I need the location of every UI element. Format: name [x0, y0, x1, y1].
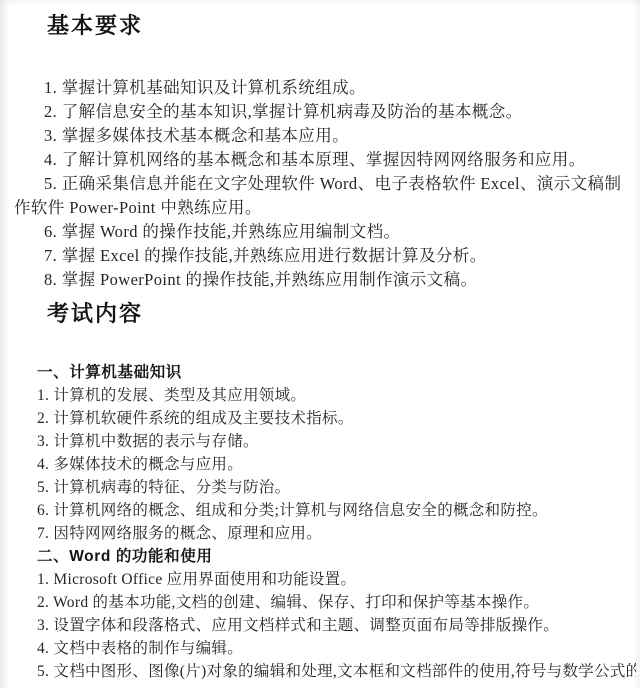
requirement-item-5: 5. 正确采集信息并能在文字处理软件 Word、电子表格软件 Excel、演示文…: [14, 172, 630, 220]
exam-section-1-item-4: 4. 多媒体技术的概念与应用。: [37, 453, 636, 476]
exam-section-2-title: 二、Word 的功能和使用: [37, 545, 636, 568]
exam-section-2-item-1: 1. Microsoft Office 应用界面使用和功能设置。: [37, 568, 636, 591]
exam-section-2-item-4: 4. 文档中表格的制作与编辑。: [37, 637, 636, 660]
page-left-edge-shadow: [0, 0, 10, 688]
exam-section-2-item-2: 2. Word 的基本功能,文档的创建、编辑、保存、打印和保护等基本操作。: [37, 591, 636, 614]
exam-section-1-title: 一、计算机基础知识: [37, 361, 636, 384]
requirement-item-6: 6. 掌握 Word 的操作技能,并熟练应用编制文档。: [14, 220, 630, 244]
exam-section-1-item-7: 7. 因特网网络服务的概念、原理和应用。: [37, 522, 636, 545]
scanned-document-page: { "document": { "heading_basic": "基本要求",…: [0, 0, 640, 688]
requirement-item-1: 1. 掌握计算机基础知识及计算机系统组成。: [14, 76, 630, 100]
requirement-item-7: 7. 掌握 Excel 的操作技能,并熟练应用进行数据计算及分析。: [14, 244, 630, 268]
heading-exam-content: 考试内容: [47, 301, 640, 327]
basic-requirements-list: 1. 掌握计算机基础知识及计算机系统组成。 2. 了解信息安全的基本知识,掌握计…: [14, 76, 630, 292]
requirement-item-3: 3. 掌握多媒体技术基本概念和基本应用。: [14, 124, 630, 148]
exam-section-2-item-5: 5. 文档中图形、图像(片)对象的编辑和处理,文本框和文档部件的使用,符号与数学…: [37, 660, 636, 683]
exam-section-1-item-6: 6. 计算机网络的概念、组成和分类;计算机与网络信息安全的概念和防控。: [37, 499, 636, 522]
requirement-item-8: 8. 掌握 PowerPoint 的操作技能,并熟练应用制作演示文稿。: [14, 268, 630, 292]
exam-section-1-item-1: 1. 计算机的发展、类型及其应用领域。: [37, 384, 636, 407]
exam-section-1-item-3: 3. 计算机中数据的表示与存储。: [37, 430, 636, 453]
exam-section-1-item-2: 2. 计算机软硬件系统的组成及主要技术指标。: [37, 407, 636, 430]
exam-section-1-item-5: 5. 计算机病毒的特征、分类与防治。: [37, 476, 636, 499]
requirement-item-4: 4. 了解计算机网络的基本概念和基本原理、掌握因特网网络服务和应用。: [14, 148, 630, 172]
heading-basic-requirements: 基本要求: [47, 0, 640, 39]
requirement-item-2: 2. 了解信息安全的基本知识,掌握计算机病毒及防治的基本概念。: [14, 100, 630, 124]
exam-section-2-item-3: 3. 设置字体和段落格式、应用文档样式和主题、调整页面布局等排版操作。: [37, 614, 636, 637]
exam-content-list: 一、计算机基础知识 1. 计算机的发展、类型及其应用领域。 2. 计算机软硬件系…: [37, 361, 636, 683]
